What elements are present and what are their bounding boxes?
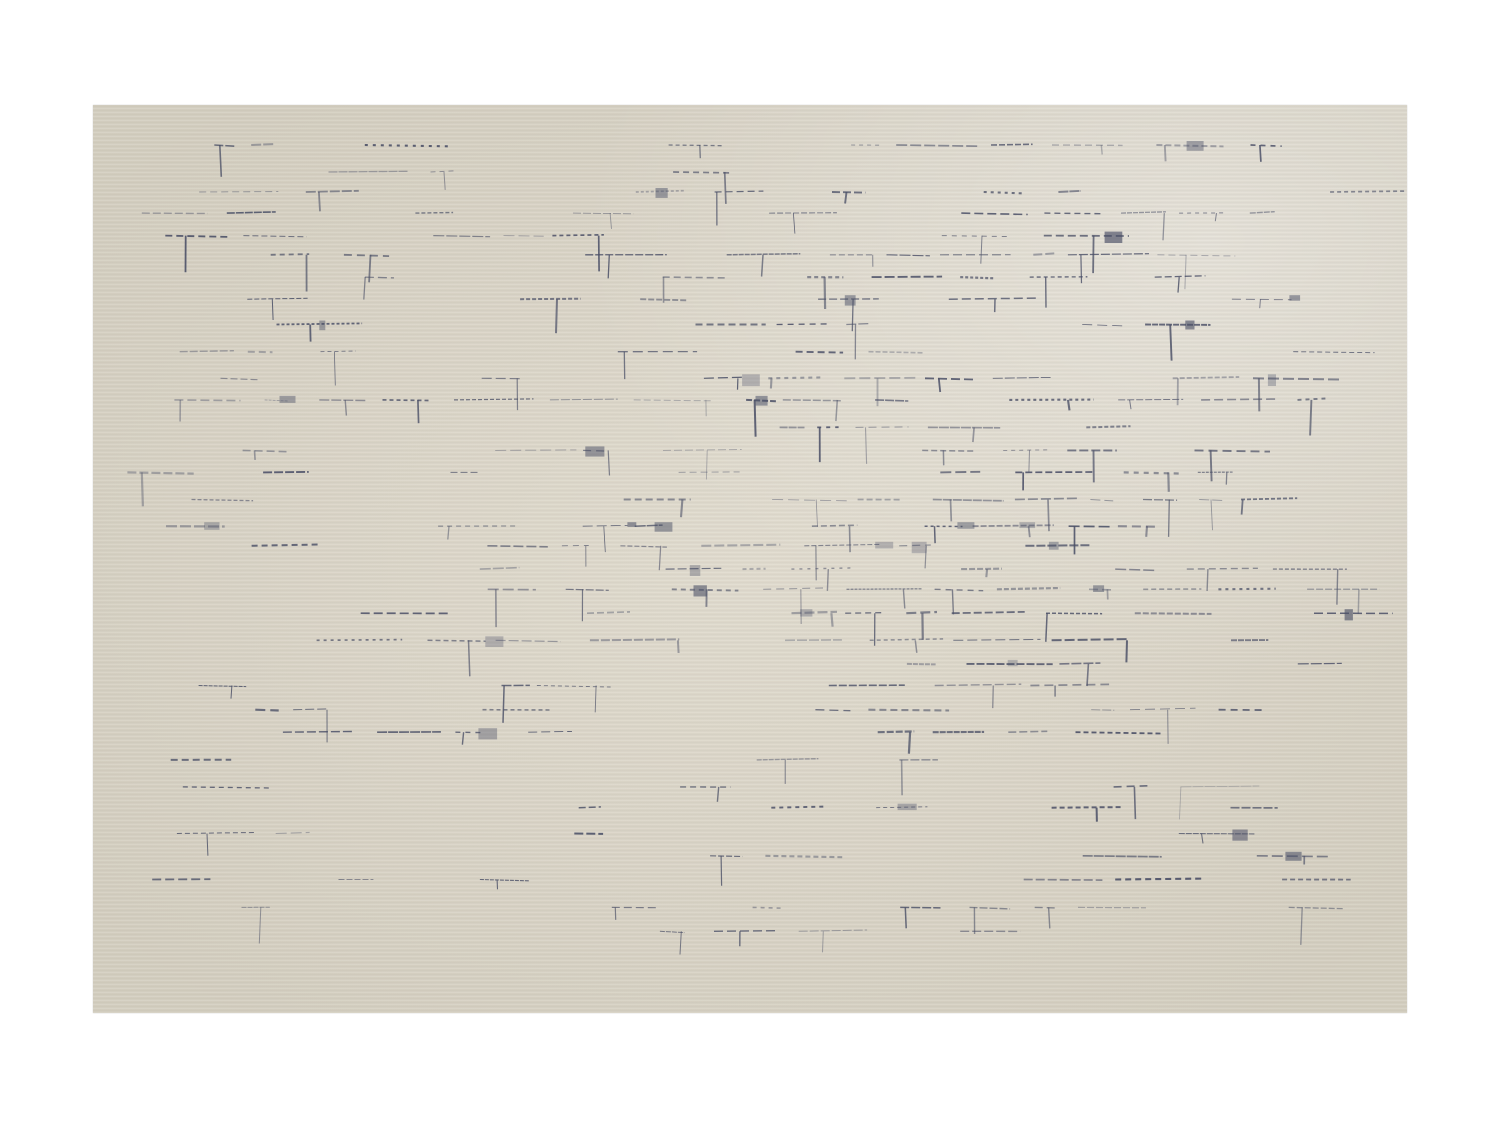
rug (93, 105, 1407, 1013)
crackle-pattern (93, 105, 1407, 1013)
